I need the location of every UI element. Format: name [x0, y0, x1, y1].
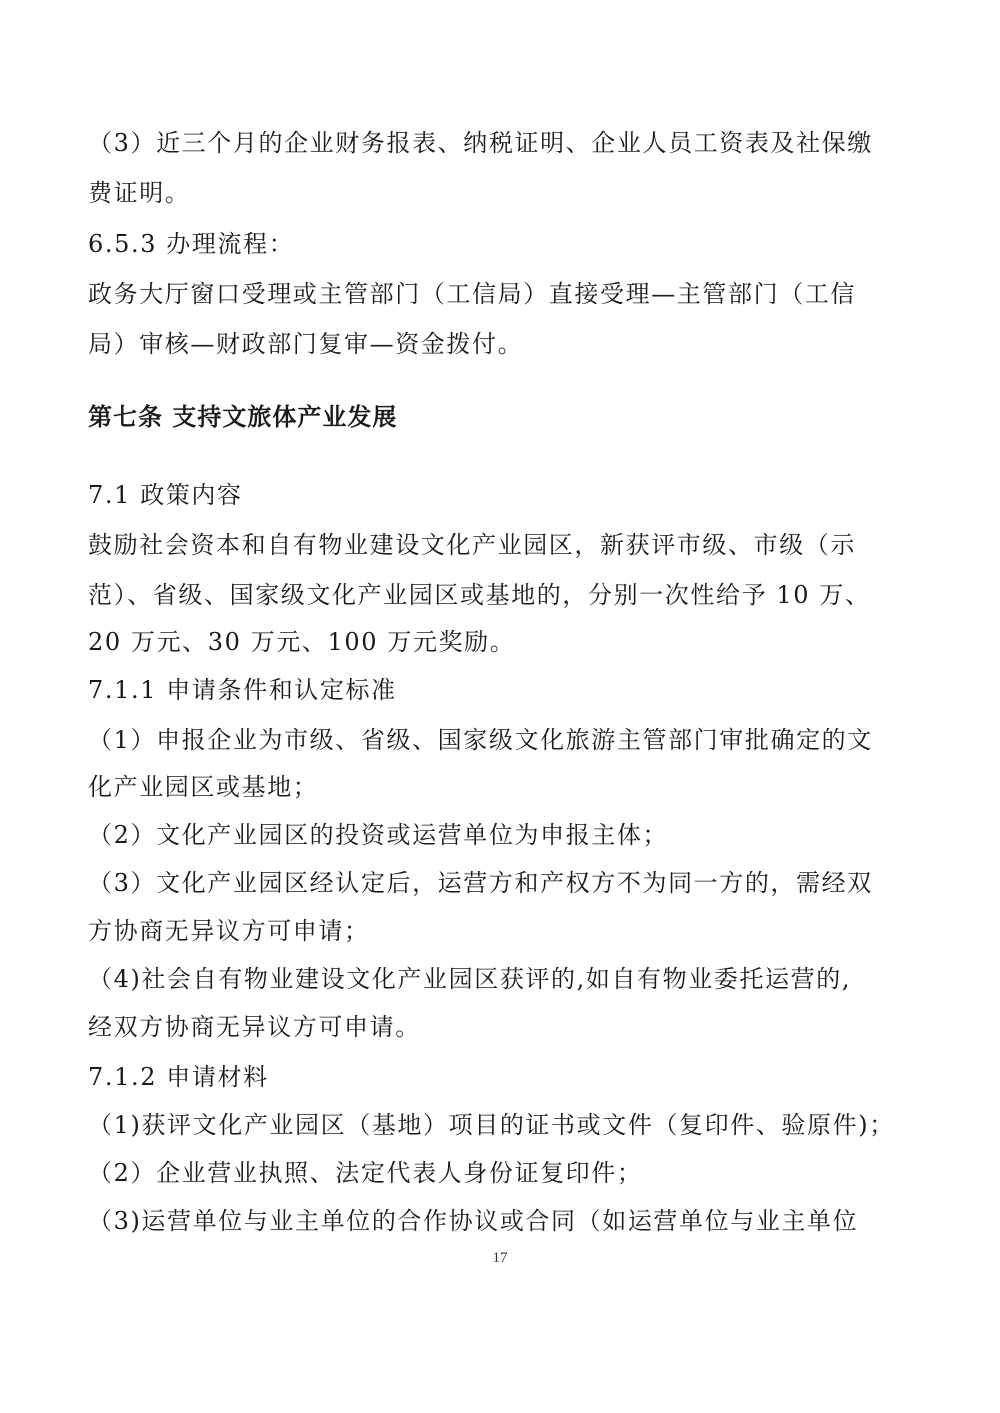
policy-text-line-3: 20 万元、30 万元、100 万元奖励。	[88, 627, 900, 657]
condition-line-2: 化产业园区或基地；	[88, 772, 900, 802]
page-number: 17	[0, 1250, 1000, 1267]
document-page: （3）近三个月的企业财务报表、纳税证明、企业人员工资表及社保缴 费证明。 6.5…	[0, 0, 1000, 1413]
condition-line-7: 经双方协商无异议方可申请。	[88, 1012, 900, 1042]
subsection-heading-712: 7.1.2 申请材料	[88, 1062, 900, 1092]
material-line-2: （2）企业营业执照、法定代表人身份证复印件；	[88, 1158, 900, 1188]
policy-text-line-1: 鼓励社会资本和自有物业建设文化产业园区，新获评市级、市级（示	[88, 530, 900, 560]
policy-text-line-2: 范）、省级、国家级文化产业园区或基地的，分别一次性给予 10 万、	[88, 580, 900, 610]
condition-line-1: （1）申报企业为市级、省级、国家级文化旅游主管部门审批确定的文	[88, 725, 900, 755]
condition-line-3: （2）文化产业园区的投资或运营单位为申报主体；	[88, 820, 900, 850]
procedure-text-line-2: 局）审核—财政部门复审—资金拨付。	[88, 329, 900, 359]
materials-item-3-line-1: （3）近三个月的企业财务报表、纳税证明、企业人员工资表及社保缴	[88, 128, 900, 158]
article-heading: 第七条 支持文旅体产业发展	[88, 402, 900, 432]
condition-line-6: （4)社会自有物业建设文化产业园区获评的,如自有物业委托运营的,	[88, 964, 900, 994]
materials-item-3-line-2: 费证明。	[88, 178, 900, 208]
subsection-heading-711: 7.1.1 申请条件和认定标准	[88, 675, 900, 705]
section-heading-71: 7.1 政策内容	[88, 480, 900, 510]
procedure-text-line-1: 政务大厅窗口受理或主管部门（工信局）直接受理—主管部门（工信	[88, 279, 900, 309]
procedure-heading-653: 6.5.3 办理流程：	[88, 229, 900, 259]
condition-line-4: （3）文化产业园区经认定后，运营方和产权方不为同一方的，需经双	[88, 868, 900, 898]
condition-line-5: 方协商无异议方可申请；	[88, 916, 900, 946]
material-line-3: （3)运营单位与业主单位的合作协议或合同（如运营单位与业主单位	[88, 1206, 900, 1236]
material-line-1: （1)获评文化产业园区（基地）项目的证书或文件（复印件、验原件)；	[88, 1110, 900, 1140]
